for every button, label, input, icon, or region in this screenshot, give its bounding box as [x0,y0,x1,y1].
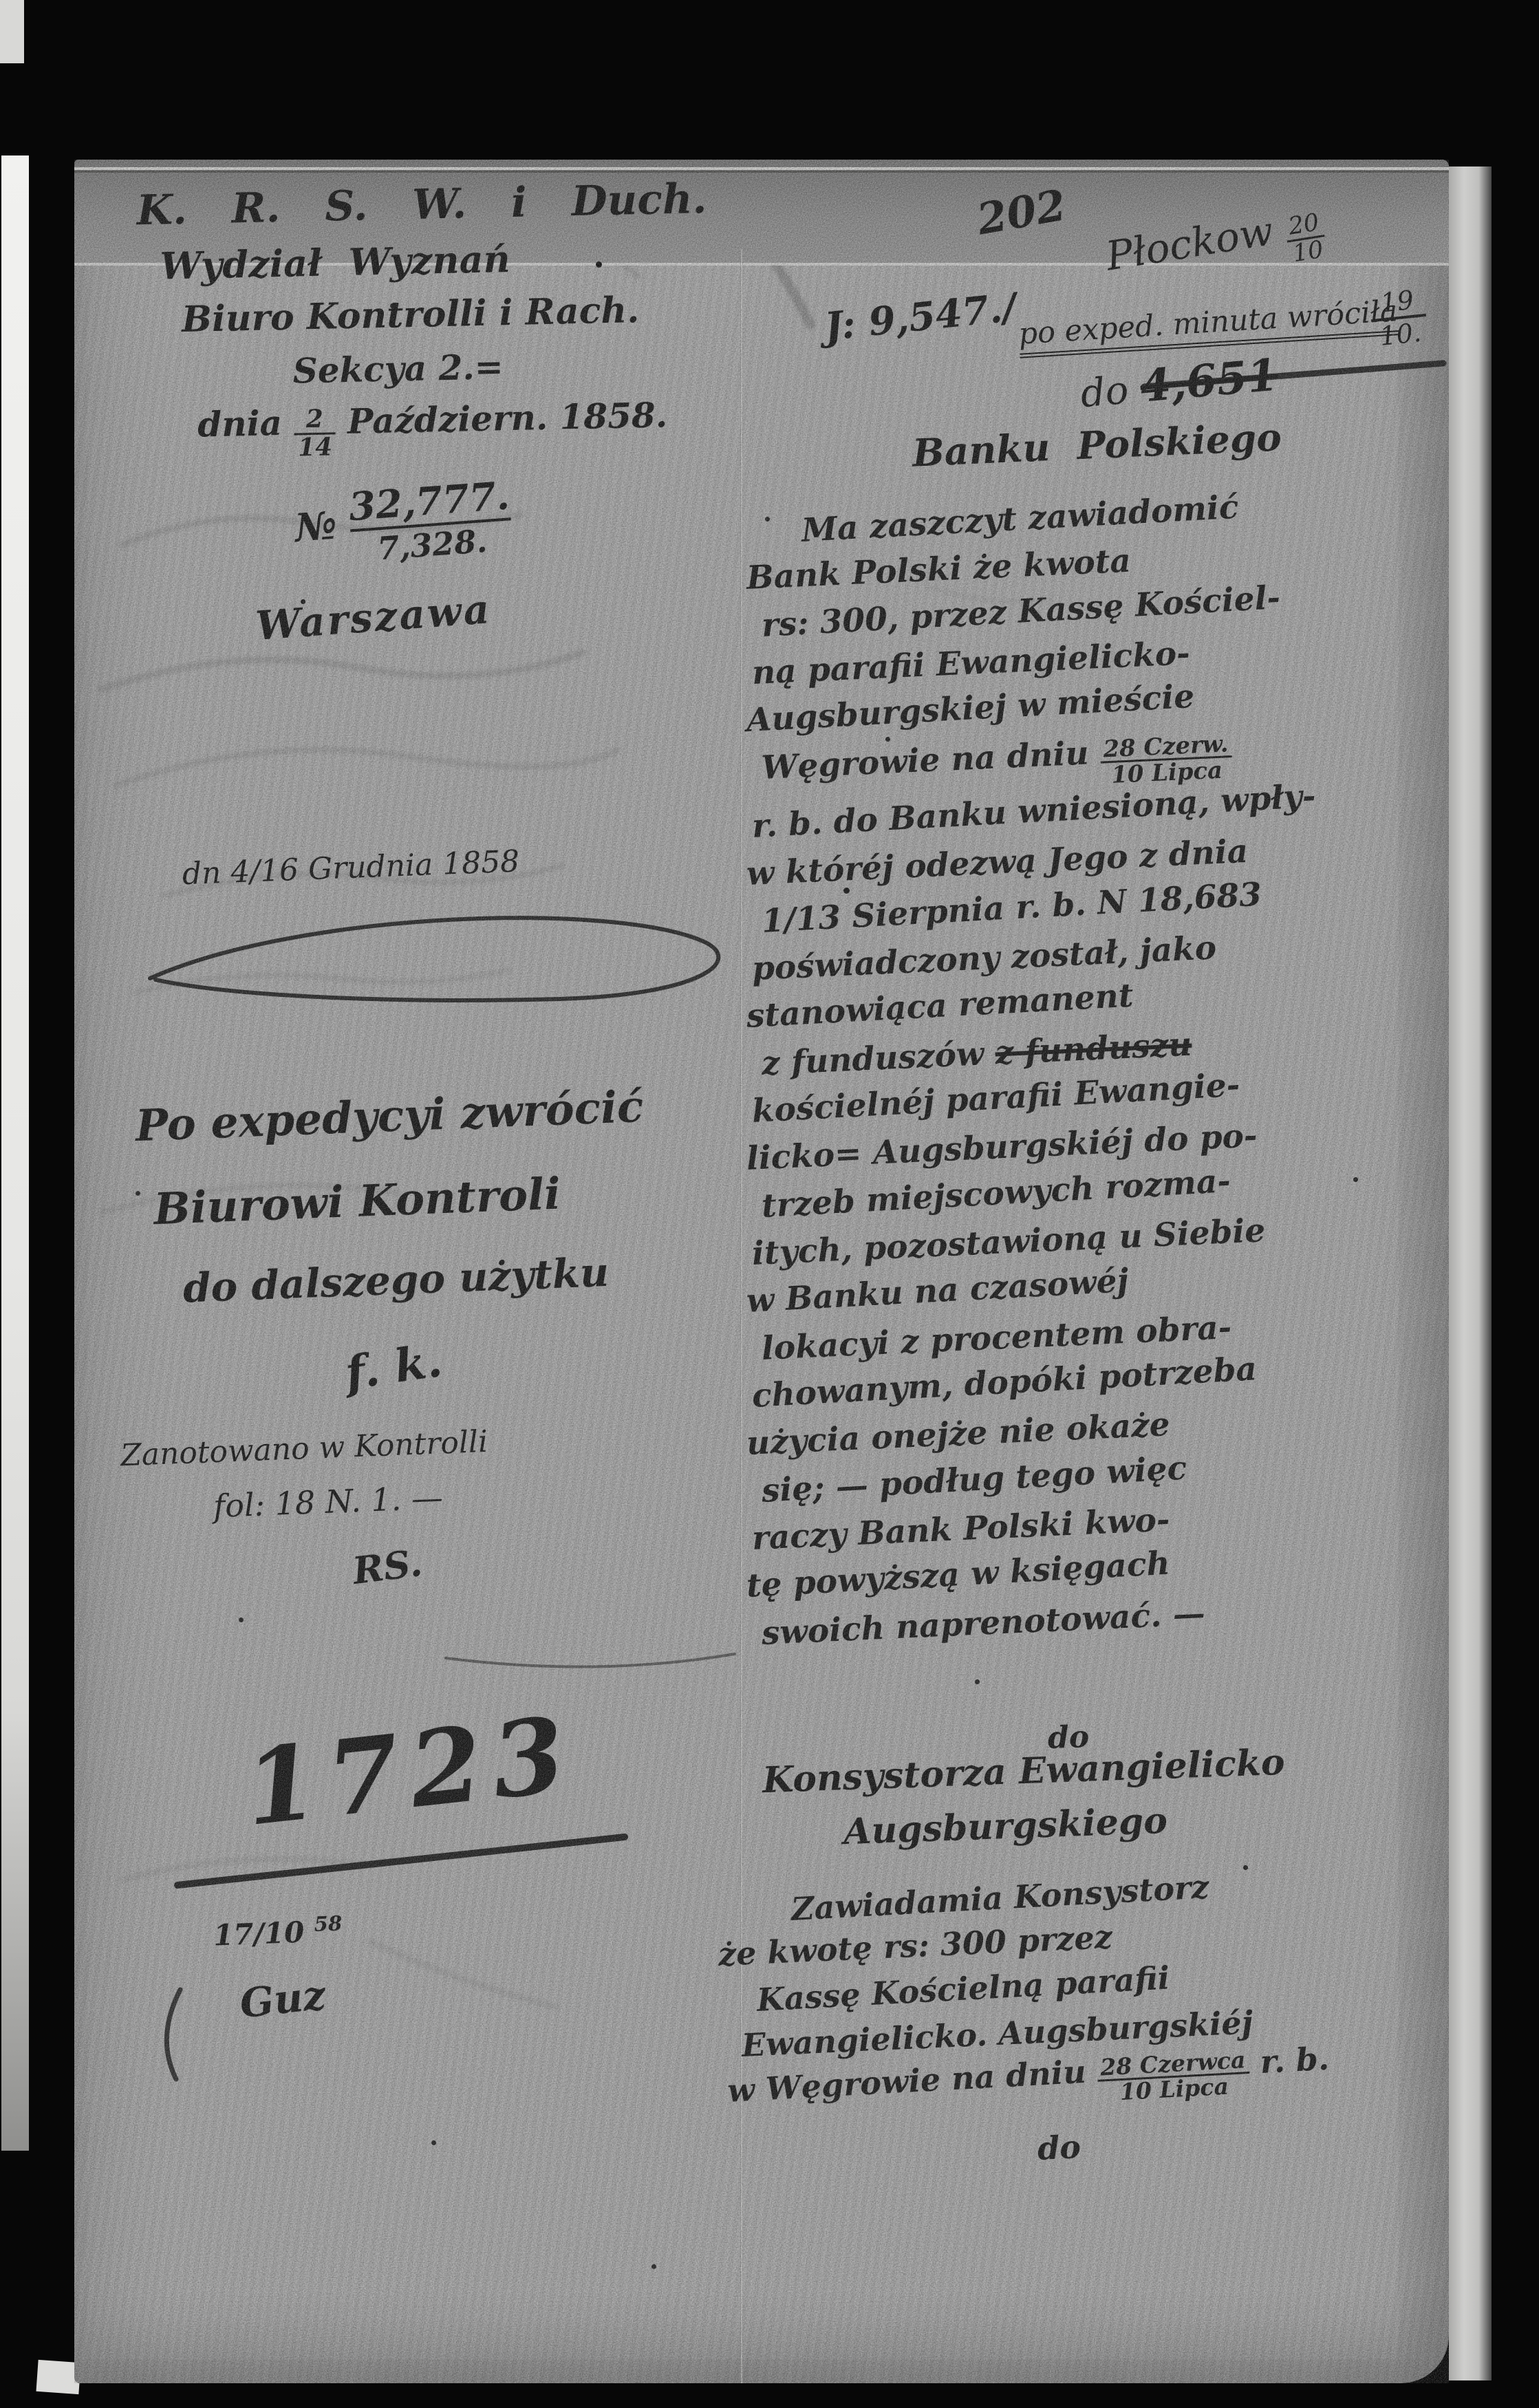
small-date-value: 17/10 [213,1915,305,1953]
paper-top-edge-highlight [74,167,1449,170]
case-number-1723: 1723 [239,1674,757,1849]
return-instruction-line2: Biurowi Kontroli [153,1161,731,1234]
date-fraction: 2 14 [294,407,336,461]
second-letter-body: Zawiadamia Konsystorz że kwotę rs: 300 p… [714,1886,1471,2171]
reference-number: № 32,777. 7,328. [292,453,813,572]
body2-date-fraction: 28 Czerwca10 Lipca [1096,2048,1251,2106]
body-line-post: r. b. [1248,2040,1330,2081]
return-instruction-line3: do dalszego użytku [182,1244,734,1312]
letterhead: K. R. S. W. i Duch. Wydział Wyznań Biuro… [116,173,813,638]
crossref-do-label: do [1079,368,1130,417]
small-date-year: 58 [314,1911,343,1937]
date-fraction-denominator: 14 [294,432,336,461]
registration-note-line1: Zanotowano w Kontrolli [120,1415,740,1474]
scanned-document-photo: K. R. S. W. i Duch. Wydział Wyznań Biuro… [0,0,1539,2408]
letterhead-date-line: dnia 2 14 Październ. 1858. [197,391,810,463]
date-suffix: Październ. 1858. [347,394,667,442]
numero-sign: № [293,503,338,551]
letterhead-bureau-line: Biuro Kontrolli i Rach. [181,286,806,341]
body-line: do [1037,2106,1472,2171]
date-prefix: dnia [197,402,283,445]
letterhead-section-line: Sekcya 2.= [292,340,808,391]
letter-body: Ma zaszczyt zawiadomić Bank Polski że kw… [752,507,1461,1657]
dispatch-date-fraction: 20 10 [1283,210,1328,267]
letterhead-department-line: Wydział Wyznań [160,230,806,288]
clerk-paraph: f. k. [342,1291,738,1401]
paper-top-edge-line [74,171,1449,173]
film-edge-patch [0,0,24,63]
document-page: K. R. S. W. i Duch. Wydział Wyznań Biuro… [74,160,1449,2383]
film-edge-strip [1,155,29,2151]
office-notes: dn 4/16 Grudnia 1858 Po expedycyi zwróci… [98,836,761,2012]
ink-specks [74,160,78,163]
return-instruction-line1: Po expedycyi zwrócić [134,1077,727,1151]
body-line-pre: Węgrowie na dniu [760,734,1101,787]
date-fraction-numerator: 2 [294,407,336,433]
body-line-pre: z funduszów [761,1035,996,1083]
reference-number-stack: 32,777. 7,328. [347,475,514,568]
